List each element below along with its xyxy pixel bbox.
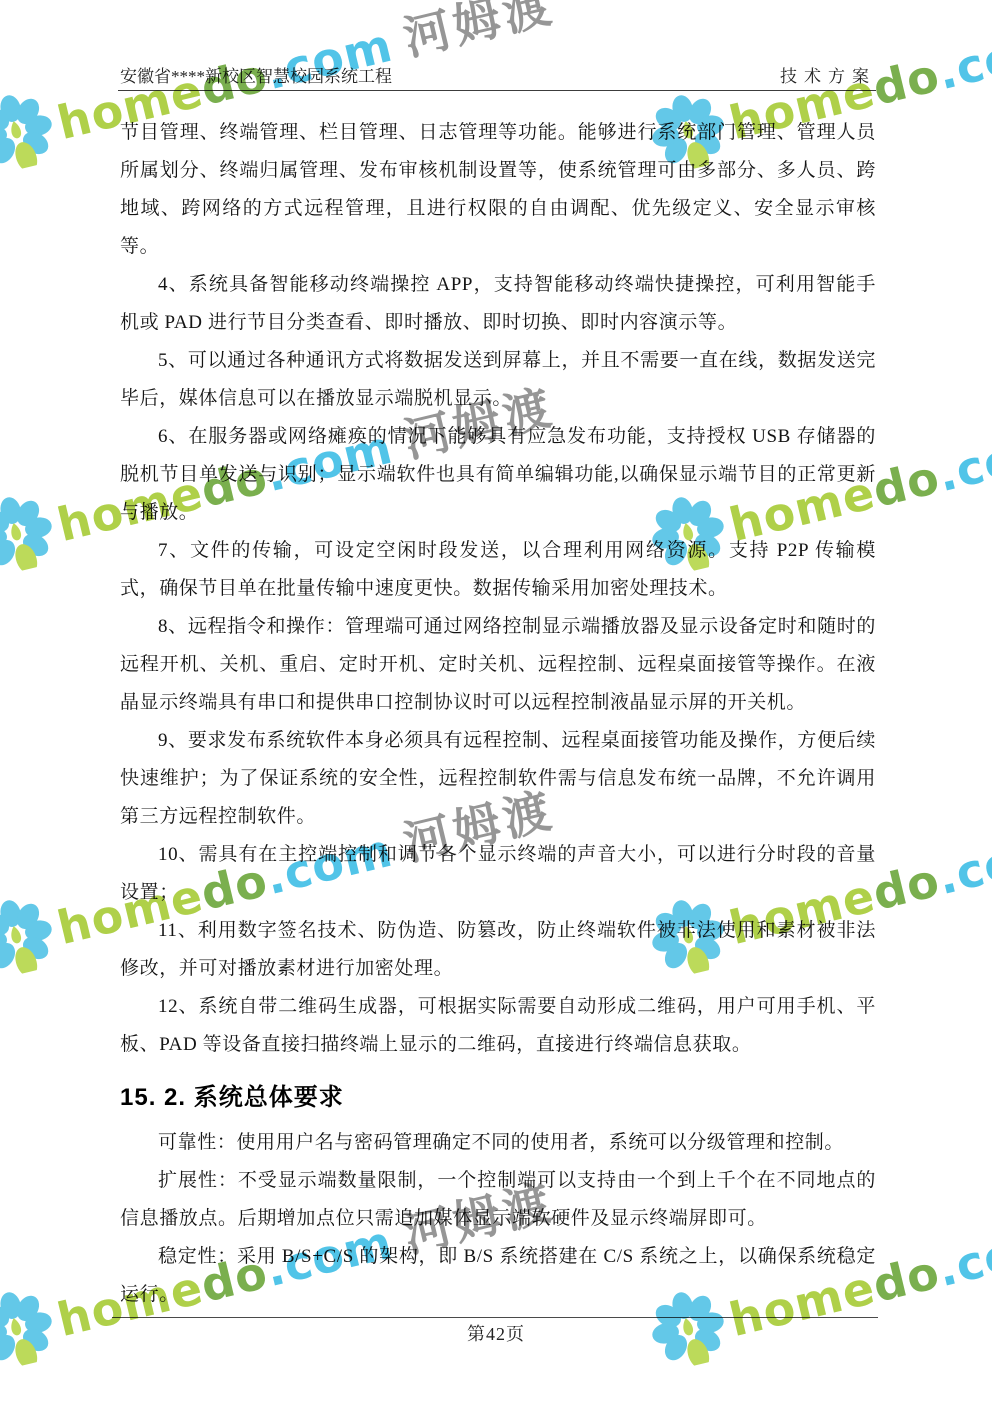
homedo-flower-logo-icon: [0, 487, 62, 579]
body-paragraph: 可靠性：使用用户名与密码管理确定不同的使用者，系统可以分级管理和控制。: [120, 1124, 876, 1162]
body-paragraph: 6、在服务器或网络瘫痪的情况下能够具有应急发布功能，支持授权 USB 存储器的脱…: [120, 418, 876, 532]
watermark-com-text: .com: [933, 424, 992, 499]
watermark-do-text: do: [869, 52, 944, 112]
header-divider: [118, 90, 876, 91]
watermark-cjk-text: 河姆渡: [399, 0, 559, 63]
body-paragraph: 8、远程指令和操作：管理端可通过网络控制显示端播放器及显示设备定时和随时的远程开…: [120, 608, 876, 722]
homedo-flower-logo-icon: [0, 890, 62, 982]
body-paragraph: 12、系统自带二维码生成器，可根据实际需要自动形成二维码，用户可用手机、平板、P…: [120, 988, 876, 1064]
watermark-do-text: do: [869, 1249, 944, 1309]
body-paragraph: 节目管理、终端管理、栏目管理、日志管理等功能。能够进行系统部门管理、管理人员所属…: [120, 114, 876, 266]
watermark-do-text: do: [869, 454, 944, 514]
body-paragraph: 扩展性：不受显示端数量限制，一个控制端可以支持由一个到上千个在不同地点的信息播放…: [120, 1162, 876, 1238]
header-project-title: 安徽省****新校区智慧校园系统工程: [120, 62, 392, 87]
footer-divider: [112, 1317, 878, 1318]
body-paragraph: 9、要求发布系统软件本身必须具有远程控制、远程桌面接管功能及操作，方便后续快速维…: [120, 722, 876, 836]
document-body: 节目管理、终端管理、栏目管理、日志管理等功能。能够进行系统部门管理、管理人员所属…: [120, 114, 876, 1314]
page-number: 第42页: [0, 1320, 992, 1346]
watermark-com-text: .com: [933, 1219, 992, 1294]
body-paragraph: 5、可以通过各种通讯方式将数据发送到屏幕上，并且不需要一直在线，数据发送完毕后，…: [120, 342, 876, 418]
homedo-flower-logo-icon: [0, 85, 62, 177]
body-paragraph: 7、文件的传输，可设定空闲时段发送，以合理利用网络资源。支持 P2P 传输模式，…: [120, 532, 876, 608]
body-paragraph: 稳定性：采用 B/S+C/S 的架构，即 B/S 系统搭建在 C/S 系统之上，…: [120, 1238, 876, 1314]
page-header: 安徽省****新校区智慧校园系统工程 技术方案: [120, 62, 876, 87]
body-paragraph: 10、需具有在主控端控制和调节各个显示终端的声音大小，可以进行分时段的音量设置；: [120, 836, 876, 912]
document-page: 安徽省****新校区智慧校园系统工程 技术方案 节目管理、终端管理、栏目管理、日…: [0, 0, 992, 1403]
section-heading: 15. 2. 系统总体要求: [120, 1079, 876, 1117]
body-paragraph: 11、利用数字签名技术、防伪造、防篡改，防止终端软件被非法使用和素材被非法修改，…: [120, 912, 876, 988]
watermark-com-text: .com: [933, 827, 992, 902]
body-paragraph: 4、系统具备智能移动终端操控 APP，支持智能移动终端快捷操控，可利用智能手机或…: [120, 266, 876, 342]
header-doc-type: 技术方案: [780, 62, 876, 87]
watermark-com-text: .com: [933, 22, 992, 97]
watermark-do-text: do: [869, 857, 944, 917]
